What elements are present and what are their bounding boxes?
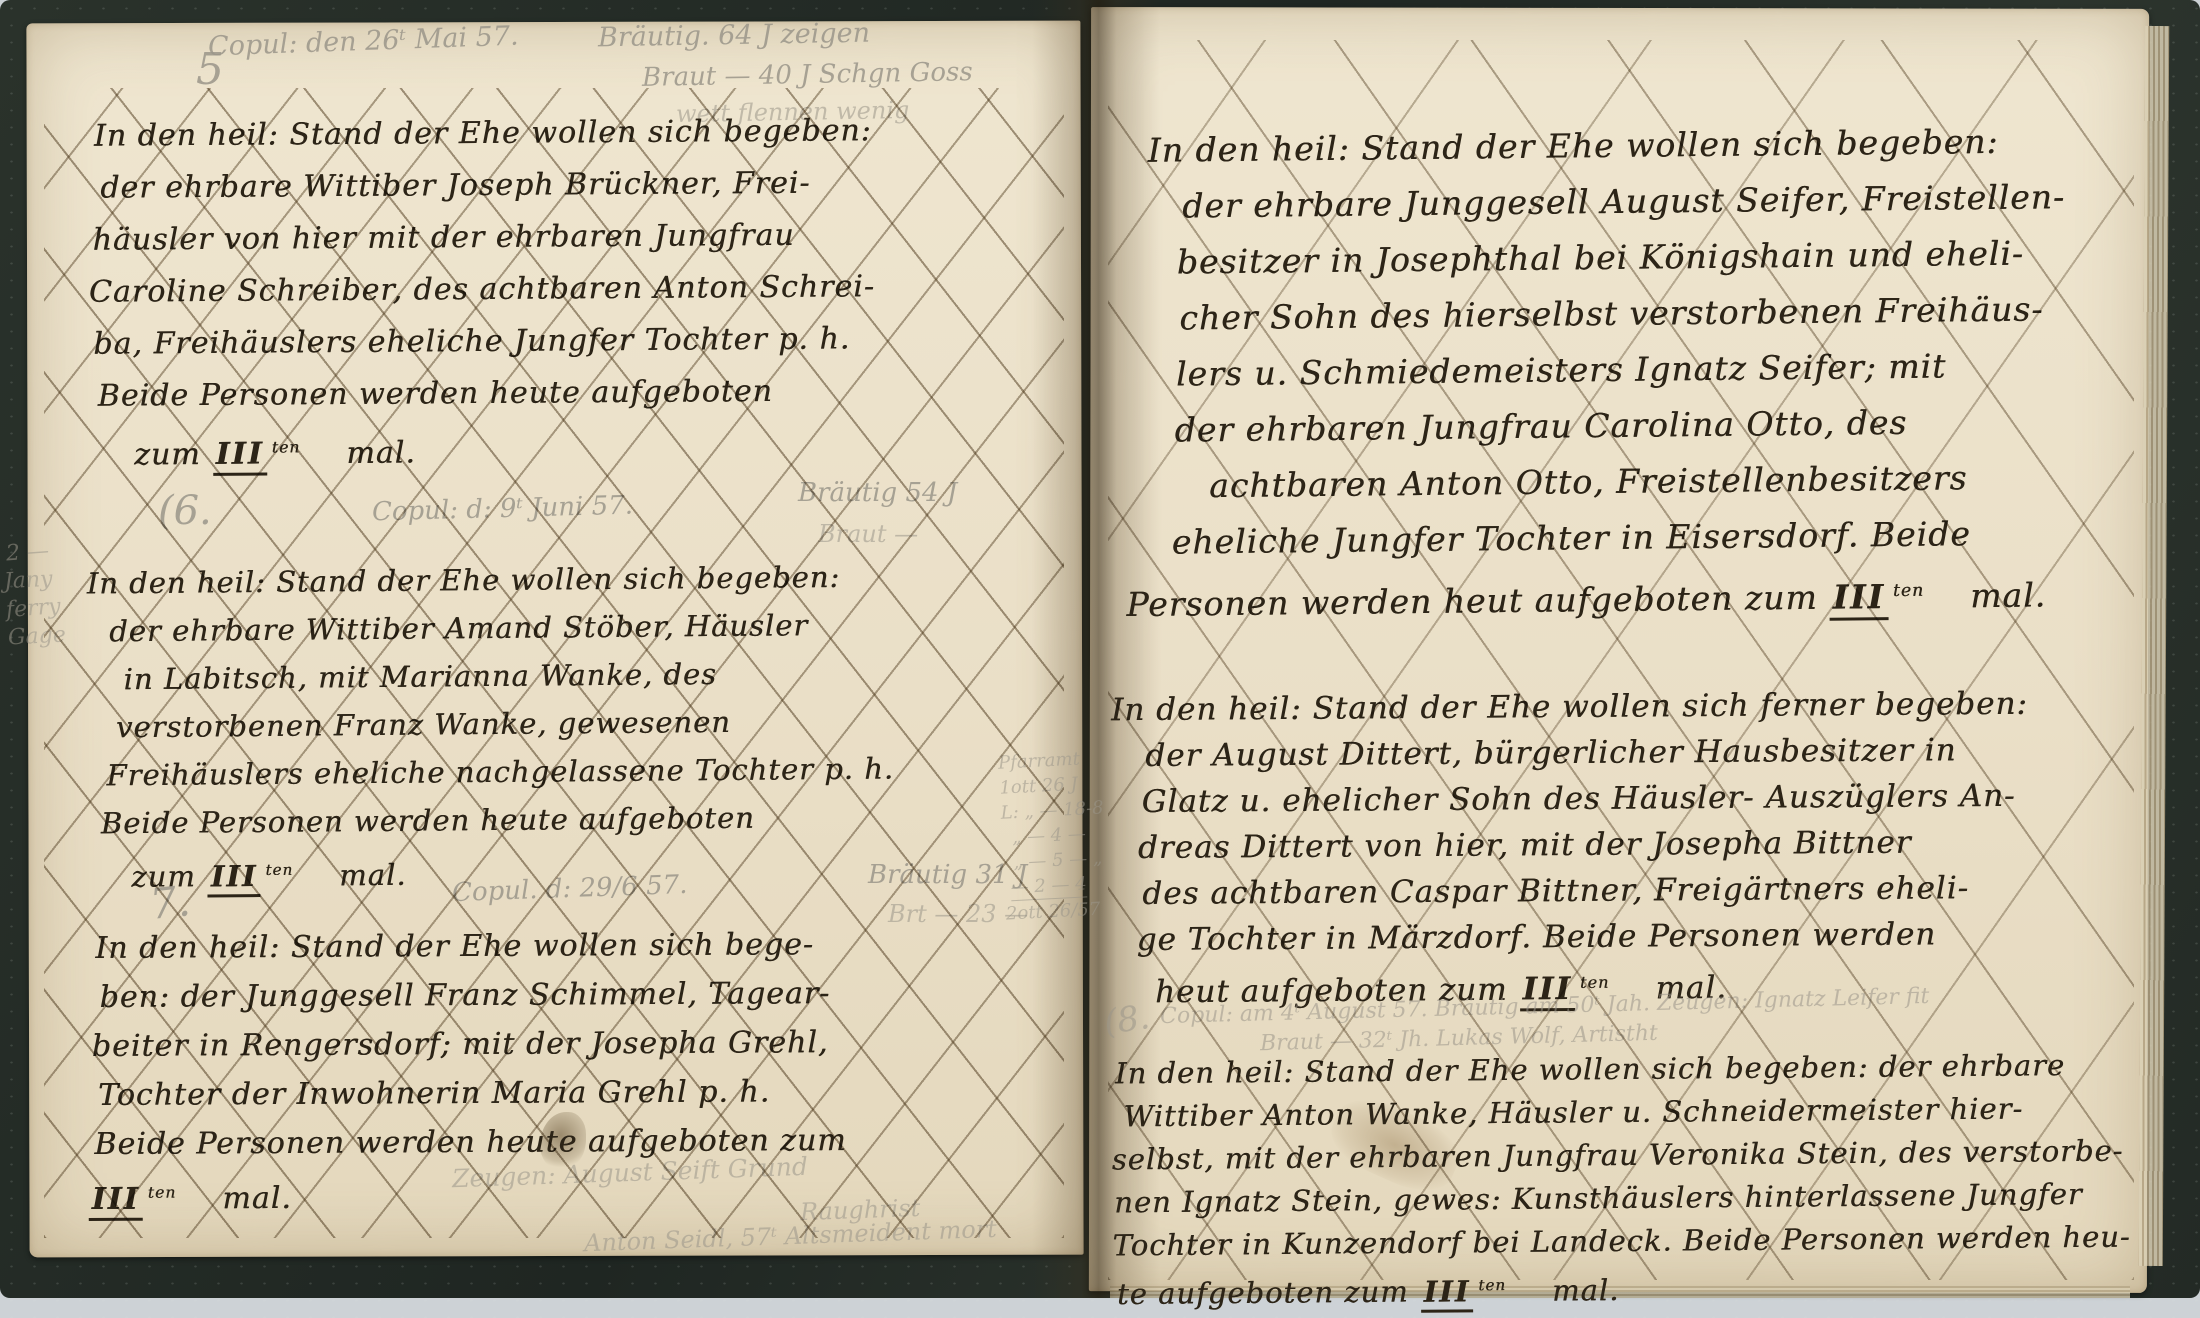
entry-5: In den heil: Stand der Ehe wollen sich b… — [94, 105, 877, 481]
pencil-entry-number-6: (6. — [158, 488, 212, 534]
margin-scribble: 2 — — [5, 539, 50, 567]
manuscript-line: ben: der Junggesell Franz Schimmel, Tage… — [99, 969, 846, 1022]
pencil-bride-age: Braut — — [818, 520, 918, 548]
manuscript-line: Glatz u. ehelicher Sohn des Häusler- Aus… — [1142, 773, 2029, 825]
manuscript-line: Beide Personen werden heute aufgeboten — [101, 792, 895, 847]
manuscript-line: dreas Dittert von hier, mit der Josepha … — [1138, 819, 2029, 871]
pencil-groom-age: Bräutig. 64 J zeigen — [598, 18, 871, 54]
ordinal-suffix: ten — [272, 438, 301, 456]
margin-scribble: Jany — [3, 567, 53, 595]
manuscript-line: ge Tochter in Märzdorf. Beide Personen w… — [1136, 911, 2029, 963]
manuscript-line: der ehrbaren Jungfrau Carolina Otto, des — [1174, 393, 2067, 458]
ordinal-suffix: ten — [148, 1184, 177, 1202]
pencil-entry-number-7: 7. — [148, 876, 193, 929]
right-entry-2: In den heil: Stand der Ehe wollen sich f… — [1111, 681, 2030, 1016]
manuscript-line: der ehrbare Junggesell August Seifer, Fr… — [1182, 169, 2065, 234]
manuscript-line: der ehrbare Wittiber Amand Stöber, Häusl… — [109, 600, 893, 655]
closing-word: mal. — [222, 1181, 292, 1216]
margin-sum-line: „ — 5 — „ — [1013, 845, 1107, 875]
roman-numeral-three: III — [208, 859, 261, 897]
manuscript-line: Beide Personen werden heute aufgeboten — [98, 365, 876, 422]
roman-numeral-three: III — [1829, 577, 1888, 621]
margin-sum-line: — 2 — 4 — [1010, 871, 1087, 901]
manuscript-line: eheliche Jungfer Tochter in Eisersdorf. … — [1171, 505, 2068, 570]
manuscript-line: cher Sohn des hierselbst verstorbenen Fr… — [1179, 281, 2066, 346]
closing-word: mal. — [339, 857, 407, 892]
ordinal-suffix: ten — [1478, 1276, 1506, 1294]
manuscript-line: der ehrbare Wittiber Joseph Brückner, Fr… — [100, 157, 874, 214]
margin-scribble: ferry — [5, 594, 61, 623]
manuscript-line: In den heil: Stand der Ehe wollen sich b… — [94, 105, 874, 162]
ordinal-suffix: ten — [1893, 581, 1924, 601]
closing-word: mal. — [346, 435, 416, 470]
ordinal-suffix: ten — [1580, 973, 1610, 992]
closing-word: mal. — [1552, 1273, 1620, 1308]
roman-numeral-three: III — [1420, 1274, 1473, 1312]
closing-text: te aufgeboten zum — [1117, 1275, 1409, 1312]
closing-text: zum — [134, 437, 201, 472]
manuscript-line: lers u. Schmiedemeisters Ignatz Seifer; … — [1176, 337, 2067, 402]
manuscript-line: der August Dittert, bürgerlicher Hausbes… — [1145, 727, 2028, 779]
pencil-margin-sums: Pfarramt 1ott 26 J L: „ — 18-8 „ — 4 — „… — [997, 745, 1109, 926]
manuscript-line: In den heil: Stand der Ehe wollen sich f… — [1111, 681, 2028, 733]
right-entry-1: In den heil: Stand der Ehe wollen sich b… — [1147, 113, 2069, 633]
banns-count-line: zumIIItenmal. — [134, 417, 876, 481]
banns-count-line: te aufgeboten zumIIItenmal. — [1117, 1259, 2131, 1317]
closing-word: mal. — [1970, 575, 2046, 615]
manuscript-line: ba, Freihäuslers eheliche Jungfer Tochte… — [93, 313, 875, 370]
pencil-groom-age: Bräutig 54 J — [798, 478, 957, 508]
manuscript-line: beiter in Rengersdorf; mit der Josepha G… — [92, 1018, 847, 1071]
manuscript-line: Tochter in Kunzendorf bei Landeck. Beide… — [1112, 1216, 2130, 1268]
manuscript-line: des achtbaren Caspar Bittner, Freigärtne… — [1142, 865, 2029, 917]
manuscript-line: In den heil: Stand der Ehe wollen sich b… — [95, 920, 846, 973]
ordinal-suffix: ten — [265, 861, 293, 879]
manuscript-line: verstorbenen Franz Wanke, gewesenen — [116, 696, 894, 751]
margin-scribble: Gage — [7, 623, 66, 651]
entry-6: In den heil: Stand der Ehe wollen sich b… — [87, 552, 896, 901]
manuscript-line: achtbaren Anton Otto, Freistellenbesitze… — [1209, 449, 2068, 514]
right-entry-3: In den heil: Stand der Ehe wollen sich b… — [1115, 1044, 2131, 1316]
pencil-entry-number-8: (8. — [1101, 997, 1152, 1043]
manuscript-line: Freihäuslers eheliche nachgelassene Toch… — [106, 744, 894, 799]
manuscript-line: In den heil: Stand der Ehe wollen sich b… — [1147, 113, 2064, 179]
manuscript-line: häusler von hier mit der ehrbaren Jungfr… — [92, 209, 874, 266]
manuscript-line: besitzer in Josephthal bei Königshain un… — [1177, 225, 2066, 290]
closing-text: Personen werden heut aufgeboten zum — [1126, 578, 1818, 624]
pencil-bride-age: Braut — 40 J Schgn Goss — [642, 57, 973, 93]
roman-numeral-three: III — [89, 1182, 143, 1221]
manuscript-line: in Labitsch, mit Marianna Wanke, des — [123, 648, 893, 703]
pencil-entry-number-5: 5 — [196, 44, 224, 95]
scanned-register-photo: { "document": { "type_label": "Handwritt… — [0, 0, 2200, 1318]
banns-count-line: Personen werden heut aufgeboten zumIIIte… — [1126, 561, 2069, 633]
manuscript-line: Tochter der Inwohnerin Maria Grehl p. h. — [98, 1067, 847, 1120]
roman-numeral-three: III — [213, 437, 267, 476]
manuscript-line: Caroline Schreiber, des achtbaren Anton … — [89, 261, 875, 318]
manuscript-line: In den heil: Stand der Ehe wollen sich b… — [87, 552, 893, 607]
